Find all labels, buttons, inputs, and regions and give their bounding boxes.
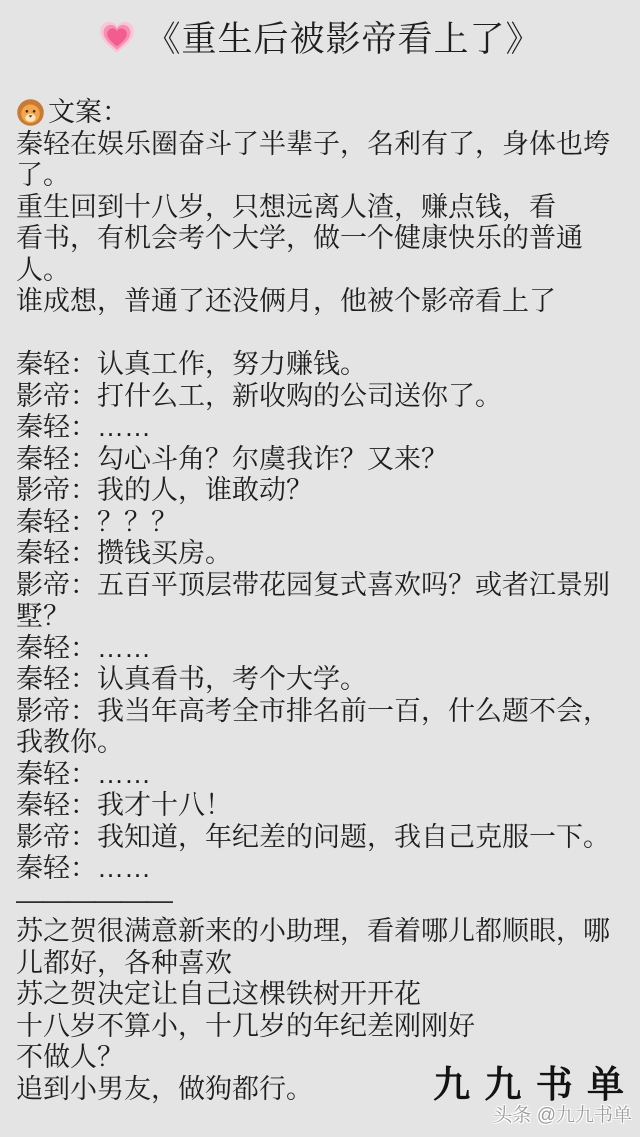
- synopsis-content: 文案： 秦轻在娱乐圈奋斗了半辈子，名利有了，身体也垮了。重生回到十八岁，只想远离…: [16, 97, 640, 1105]
- text-line: 影帝：打什么工，新收购的公司送你了。: [16, 381, 640, 413]
- text-line: 看书，有机会考个大学，做一个健康快乐的普通: [16, 223, 640, 255]
- text-line: 秦轻：我才十八！: [16, 790, 640, 822]
- text-line: 了。: [16, 160, 640, 192]
- post-title: 《重生后被影帝看上了》: [145, 12, 541, 62]
- text-line: 重生回到十八岁，只想远离人渣，赚点钱，看: [16, 192, 640, 224]
- text-line: 秦轻：？？？: [16, 507, 640, 539]
- text-line: 秦轻：……: [16, 853, 640, 885]
- blank-line: [16, 318, 640, 350]
- text-line: 十八岁不算小，十几岁的年纪差刚刚好: [16, 1011, 640, 1043]
- text-line: 秦轻在娱乐圈奋斗了半辈子，名利有了，身体也垮: [16, 129, 640, 161]
- heart-icon: [98, 19, 136, 55]
- text-line: 影帝：五百平顶层带花园复式喜欢吗？或者江景别: [16, 570, 640, 602]
- text-line: 秦轻：……: [16, 412, 640, 444]
- text-line: 影帝：我知道，年纪差的问题，我自己克服一下。: [16, 822, 640, 854]
- synopsis-label-row: 文案：: [16, 97, 640, 129]
- text-line: 影帝：我当年高考全市排名前一百，什么题不会，: [16, 696, 640, 728]
- text-line: 墅？: [16, 601, 640, 633]
- text-line: 儿都好，各种喜欢: [16, 948, 640, 980]
- text-lines: 秦轻在娱乐圈奋斗了半辈子，名利有了，身体也垮了。重生回到十八岁，只想远离人渣，赚…: [16, 129, 640, 1106]
- text-line: 影帝：我的人，谁敢动？: [16, 475, 640, 507]
- text-line: 秦轻：……: [16, 759, 640, 791]
- lion-icon: [16, 98, 45, 127]
- text-line: 苏之贺决定让自己这棵铁树开开花: [16, 979, 640, 1011]
- watermark-handle: 头条 @九九书单: [493, 1100, 632, 1127]
- text-line: 我教你。: [16, 727, 640, 759]
- text-line: 秦轻：……: [16, 633, 640, 665]
- text-line: 秦轻：攒钱买房。: [16, 538, 640, 570]
- text-line: 秦轻：认真看书，考个大学。: [16, 664, 640, 696]
- synopsis-label: 文案：: [48, 97, 129, 129]
- text-line: 苏之贺很满意新来的小助理，看着哪儿都顺眼，哪: [16, 916, 640, 948]
- text-line: 秦轻：勾心斗角？尔虞我诈？又来？: [16, 444, 640, 476]
- text-line: 谁成想，普通了还没俩月，他被个影帝看上了: [16, 286, 640, 318]
- divider-line: ——————: [16, 885, 640, 917]
- text-line: 人。: [16, 255, 640, 287]
- text-line: 秦轻：认真工作，努力赚钱。: [16, 349, 640, 381]
- book-post: 《重生后被影帝看上了》 文案： 秦轻在娱乐圈奋斗了半辈子，名利有了，身体也垮了。…: [0, 0, 640, 1137]
- post-title-row: 《重生后被影帝看上了》: [0, 0, 640, 62]
